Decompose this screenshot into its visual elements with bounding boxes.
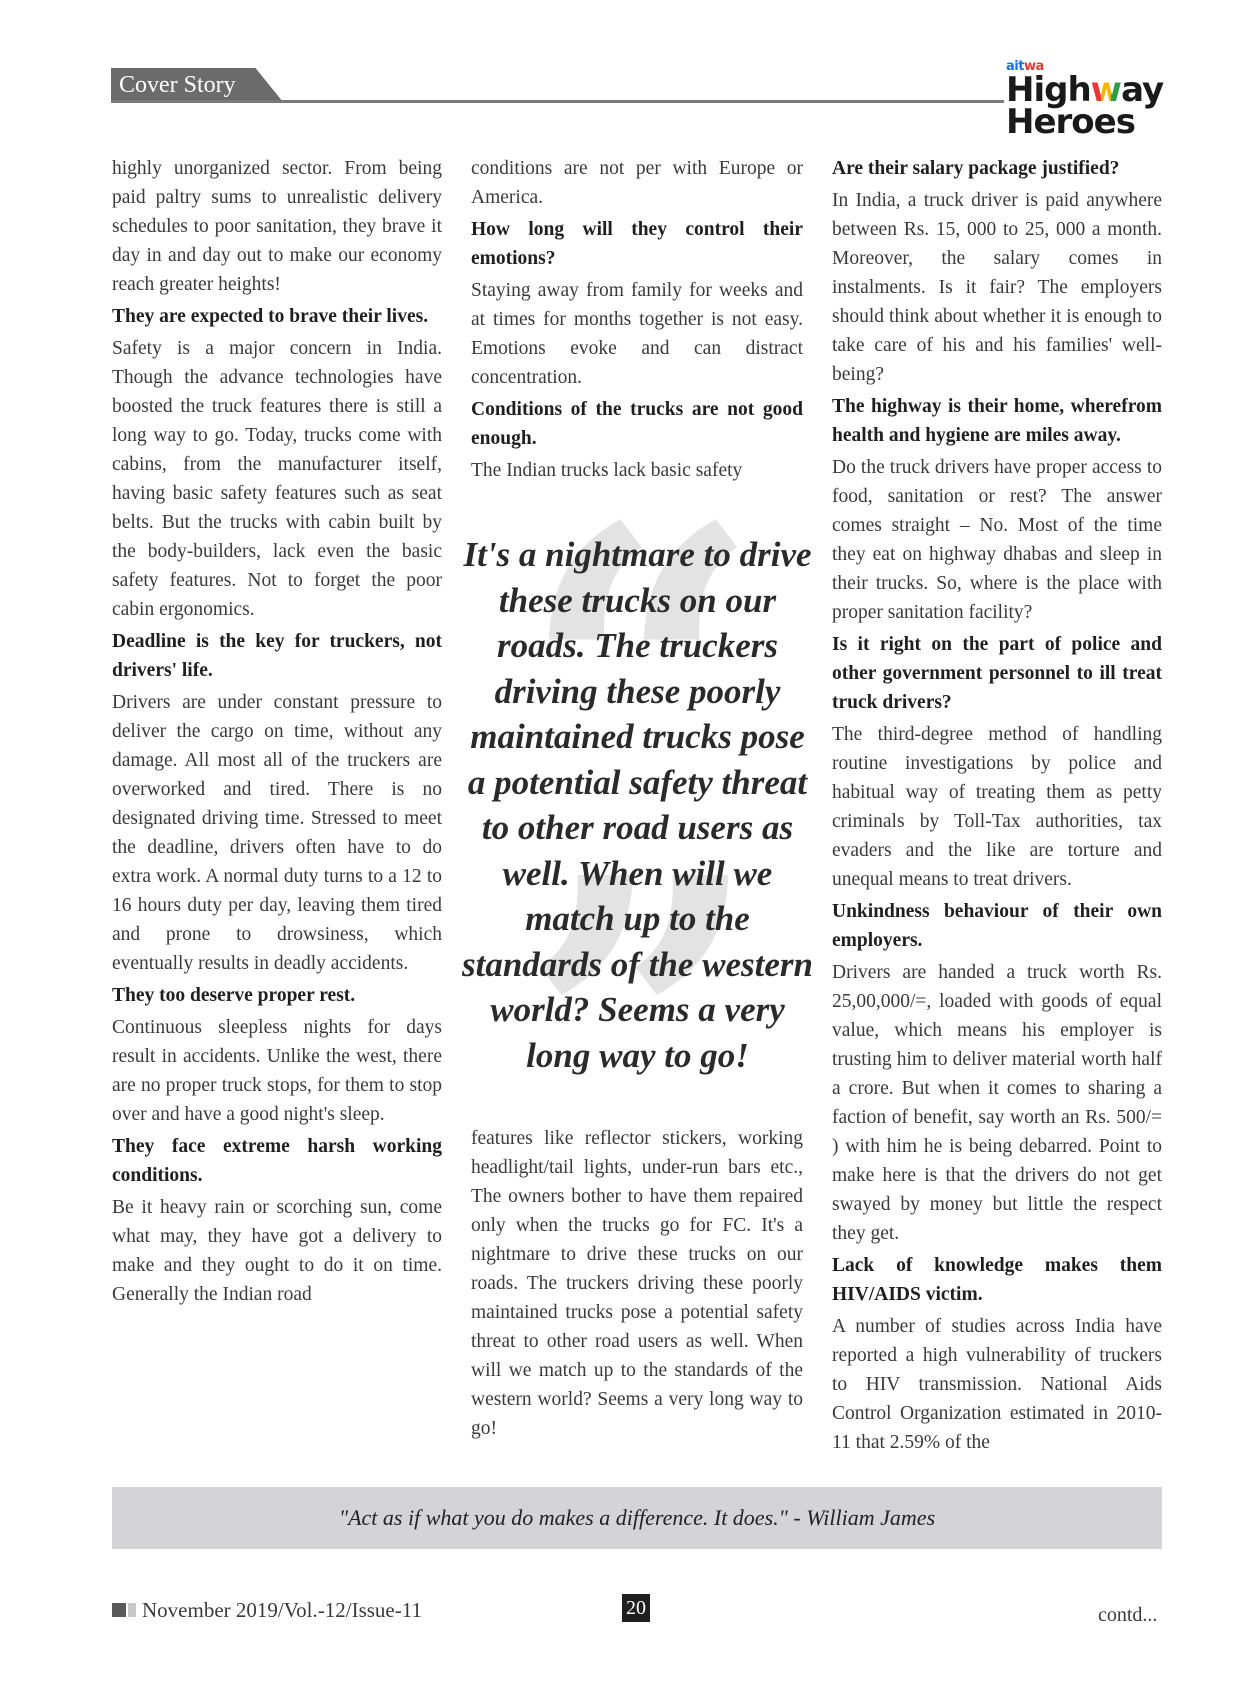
continued-label: contd... [1098,1604,1157,1627]
paragraph: The third-degree method of handling rout… [832,720,1162,894]
subheading: Are their salary package justified? [832,154,1162,183]
logo-line-2: Heroes [1006,106,1166,138]
inspirational-quote-bar: "Act as if what you do makes a differenc… [112,1487,1162,1549]
subheading: Unkindness behaviour of their own employ… [832,897,1162,955]
footer-square-icon [112,1603,126,1617]
subheading: Deadline is the key for truckers, not dr… [112,627,442,685]
paragraph: Staying away from family for weeks and a… [471,276,803,392]
article-column-1: highly unorganized sector. From being pa… [112,154,442,1312]
paragraph: Safety is a major concern in India. Thou… [112,334,442,624]
footer-issue: November 2019/Vol.-12/Issue-11 [112,1597,422,1623]
paragraph: Be it heavy rain or scorching sun, come … [112,1193,442,1309]
paragraph: Drivers are under constant pressure to d… [112,688,442,978]
subheading: They are expected to brave their lives. [112,302,442,331]
paragraph: conditions are not per with Europe or Am… [471,154,803,212]
article-column-2-bottom: features like reflector stickers, workin… [471,1124,803,1446]
pull-quote-text: It's a nightmare to drive these trucks o… [460,532,815,1078]
subheading: Lack of knowledge makes them HIV/AIDS vi… [832,1251,1162,1309]
paragraph: A number of studies across India have re… [832,1312,1162,1457]
subheading: Is it right on the part of police and ot… [832,630,1162,717]
article-column-3: Are their salary package justified? In I… [832,154,1162,1460]
paragraph: features like reflector stickers, workin… [471,1124,803,1443]
paragraph: In India, a truck driver is paid anywher… [832,186,1162,389]
highway-heroes-logo: aitwa Highway Heroes [1006,60,1166,146]
page-number: 20 [622,1594,650,1622]
paragraph: Drivers are handed a truck worth Rs. 25,… [832,958,1162,1248]
section-label: Cover Story [111,68,283,102]
pull-quote-block: “ ” It's a nightmare to drive these truc… [460,495,815,1095]
paragraph: highly unorganized sector. From being pa… [112,154,442,299]
header-rule [111,100,1004,103]
subheading: They face extreme harsh working conditio… [112,1132,442,1190]
footer-square-light-icon [128,1603,136,1617]
paragraph: Do the truck drivers have proper access … [832,453,1162,627]
subheading: The highway is their home, wherefrom hea… [832,392,1162,450]
issue-text: November 2019/Vol.-12/Issue-11 [142,1597,422,1623]
subheading: How long will they control their emotion… [471,215,803,273]
subheading: They too deserve proper rest. [112,981,442,1010]
paragraph: Continuous sleepless nights for days res… [112,1013,442,1129]
